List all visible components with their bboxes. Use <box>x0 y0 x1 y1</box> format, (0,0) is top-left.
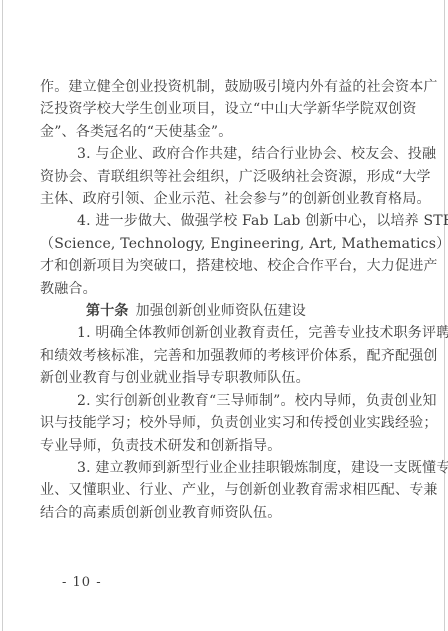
paragraph-line: 泛投资学校大学生创业项目，设立“中山大学新华学院双创资 <box>40 98 424 120</box>
page-right-edge <box>444 0 445 631</box>
paragraph-line: 识与技能学习；校外导师，负责创业实习和传授创业实践经验； <box>40 412 424 434</box>
paragraph-line: 才和创新项目为突破口，搭建校地、校企合作平台，大力促进产 <box>40 255 424 277</box>
document-page: 作。建立健全创业投资机制，鼓励吸引境内外有益的社会资本广 泛投资学校大学生创业项… <box>0 0 448 631</box>
article-heading: 第十条加强创新创业师资队伍建设 <box>40 300 424 322</box>
paragraph-line: 3. 建立教师到新型行业企业挂职锻炼制度，建设一支既懂专 <box>40 457 424 479</box>
paragraph-line: 和绩效考核标准，完善和加强教师的考核评价体系，配齐配强创 <box>40 345 424 367</box>
paragraph-line: 3. 与企业、政府合作共建，结合行业协会、校友会、投融 <box>40 143 424 165</box>
paragraph-line: 新创业教育与创业就业指导专职教师队伍。 <box>40 367 424 389</box>
paragraph-line: 业、又懂职业、行业、产业，与创新创业教育需求相匹配、专兼 <box>40 479 424 501</box>
paragraph-line: 作。建立健全创业投资机制，鼓励吸引境内外有益的社会资本广 <box>40 76 424 98</box>
paragraph-line: 结合的高素质创新创业教育师资队伍。 <box>40 502 424 524</box>
page-number: - 10 - <box>62 575 102 590</box>
paragraph-line: 主体、政府引领、企业示范、社会参与”的创新创业教育格局。 <box>40 188 424 210</box>
paragraph-line: 金”、各类冠名的“天使基金”。 <box>40 121 424 143</box>
article-heading-text: 加强创新创业师资队伍建设 <box>136 303 306 319</box>
paragraph-line: 资协会、青联组织等社会组织，广泛吸纳社会资源，形成“大学 <box>40 166 424 188</box>
paragraph-line: （Science, Technology, Engineering, Art, … <box>40 233 424 255</box>
paragraph-line: 1. 明确全体教师创新创业教育责任，完善专业技术职务评聘 <box>40 322 424 344</box>
paragraph-line: 教融合。 <box>40 278 424 300</box>
paragraph-line: 4. 进一步做大、做强学校 Fab Lab 创新中心，以培养 STEAM <box>40 210 424 232</box>
page-left-edge <box>2 0 3 631</box>
article-heading-term: 第十条 <box>86 303 129 319</box>
paragraph-line: 专业导师，负责技术研发和创新指导。 <box>40 435 424 457</box>
paragraph-line: 2. 实行创新创业教育“三导师制”。校内导师，负责创业知 <box>40 390 424 412</box>
document-body: 作。建立健全创业投资机制，鼓励吸引境内外有益的社会资本广 泛投资学校大学生创业项… <box>40 76 424 524</box>
